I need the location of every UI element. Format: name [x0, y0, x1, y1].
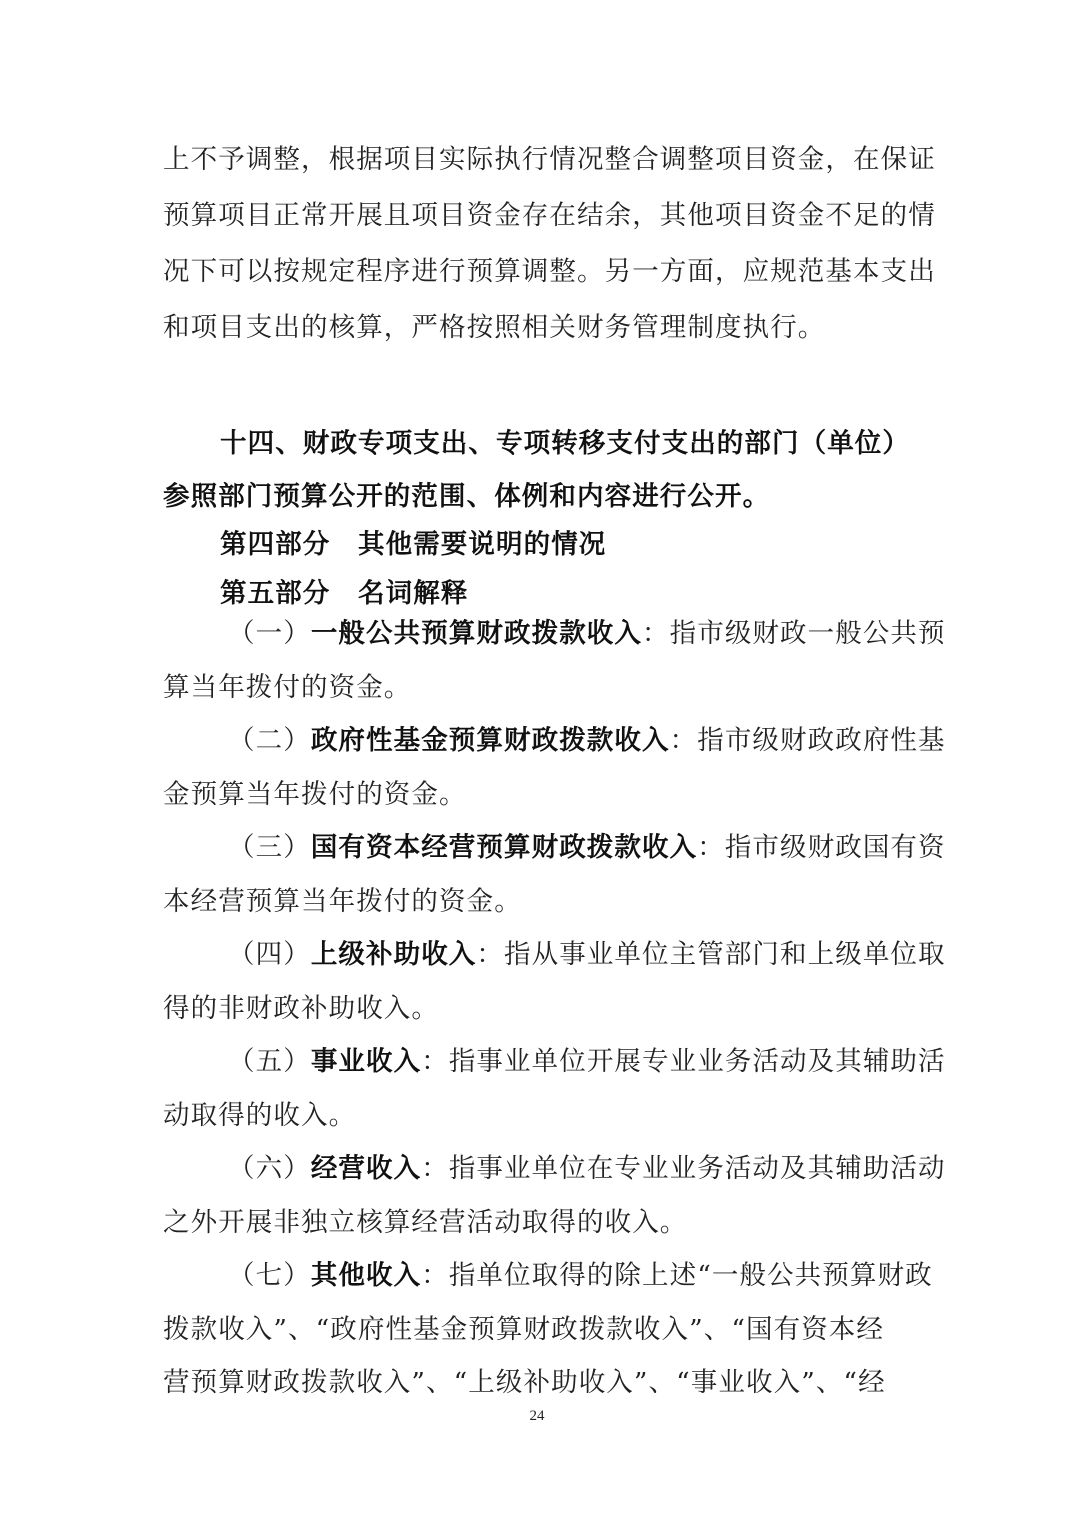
definition-term: 政府性基金预算财政拨款收入	[311, 725, 670, 756]
definition-item: （二）政府性基金预算财政拨款收入：指市级财政政府性基	[228, 725, 988, 757]
definition-colon: ：	[697, 832, 725, 863]
definition-text: 指从事业单位主管部门和上级单位取	[504, 939, 946, 970]
definition-continuation: 动取得的收入。	[163, 1100, 923, 1132]
document-page: 上不予调整，根据项目实际执行情况整合调整项目资金，在保证 预算项目正常开展且项目…	[0, 0, 1074, 1520]
definition-continuation: 营预算财政拨款收入”、“上级补助收入”、“事业收入”、“经	[163, 1367, 923, 1399]
definition-item: （三）国有资本经营预算财政拨款收入：指市级财政国有资	[228, 832, 988, 864]
definition-text: 指单位取得的除上述“一般公共预算财政	[449, 1260, 933, 1291]
definition-text: 指市级财政政府性基	[697, 725, 945, 756]
definition-item: （五）事业收入：指事业单位开展专业业务活动及其辅助活	[228, 1046, 988, 1078]
paragraph-line: 预算项目正常开展且项目资金存在结余，其他项目资金不足的情	[163, 200, 923, 232]
definition-colon: ：	[476, 939, 504, 970]
definition-label: （四）	[228, 939, 311, 970]
definition-label: （二）	[228, 725, 311, 756]
definition-label: （六）	[228, 1153, 311, 1184]
definition-continuation: 本经营预算当年拨付的资金。	[163, 886, 923, 918]
definition-colon: ：	[642, 618, 670, 649]
definition-continuation: 得的非财政补助收入。	[163, 993, 923, 1025]
part-5-heading: 第五部分 名词解释	[220, 578, 980, 610]
definition-text: 指事业单位在专业业务活动及其辅助活动	[449, 1153, 946, 1184]
definition-item: （七）其他收入：指单位取得的除上述“一般公共预算财政	[228, 1260, 988, 1292]
definition-term: 一般公共预算财政拨款收入	[311, 618, 642, 649]
definition-text: 指事业单位开展专业业务活动及其辅助活	[449, 1046, 946, 1077]
definition-term: 事业收入	[311, 1046, 421, 1077]
definition-label: （五）	[228, 1046, 311, 1077]
definition-term: 国有资本经营预算财政拨款收入	[311, 832, 697, 863]
paragraph-line: 况下可以按规定程序进行预算调整。另一方面，应规范基本支出	[163, 256, 923, 288]
definition-continuation: 之外开展非独立核算经营活动取得的收入。	[163, 1207, 923, 1239]
part-4-heading: 第四部分 其他需要说明的情况	[220, 529, 980, 561]
definition-text: 指市级财政一般公共预	[670, 618, 946, 649]
paragraph-line: 上不予调整，根据项目实际执行情况整合调整项目资金，在保证	[163, 144, 923, 176]
definition-term: 其他收入	[311, 1260, 421, 1291]
definition-item: （六）经营收入：指事业单位在专业业务活动及其辅助活动	[228, 1153, 988, 1185]
definition-continuation: 金预算当年拨付的资金。	[163, 779, 923, 811]
definition-continuation: 算当年拨付的资金。	[163, 672, 923, 704]
definition-colon: ：	[421, 1260, 449, 1291]
section-heading-continuation: 参照部门预算公开的范围、体例和内容进行公开。	[163, 481, 923, 513]
definition-term: 经营收入	[311, 1153, 421, 1184]
page-number: 24	[0, 1408, 1074, 1425]
definition-item: （四）上级补助收入：指从事业单位主管部门和上级单位取	[228, 939, 988, 971]
definition-label: （一）	[228, 618, 311, 649]
definition-text: 指市级财政国有资	[725, 832, 946, 863]
definition-label: （三）	[228, 832, 311, 863]
definition-term: 上级补助收入	[311, 939, 477, 970]
definition-continuation: 拨款收入”、“政府性基金预算财政拨款收入”、“国有资本经	[163, 1314, 923, 1346]
definition-colon: ：	[421, 1153, 449, 1184]
definition-colon: ：	[421, 1046, 449, 1077]
definition-item: （一）一般公共预算财政拨款收入：指市级财政一般公共预	[228, 618, 988, 650]
section-heading: 十四、财政专项支出、专项转移支付支出的部门（单位）	[220, 428, 980, 460]
definition-colon: ：	[670, 725, 698, 756]
paragraph-line: 和项目支出的核算，严格按照相关财务管理制度执行。	[163, 312, 923, 344]
definition-label: （七）	[228, 1260, 311, 1291]
